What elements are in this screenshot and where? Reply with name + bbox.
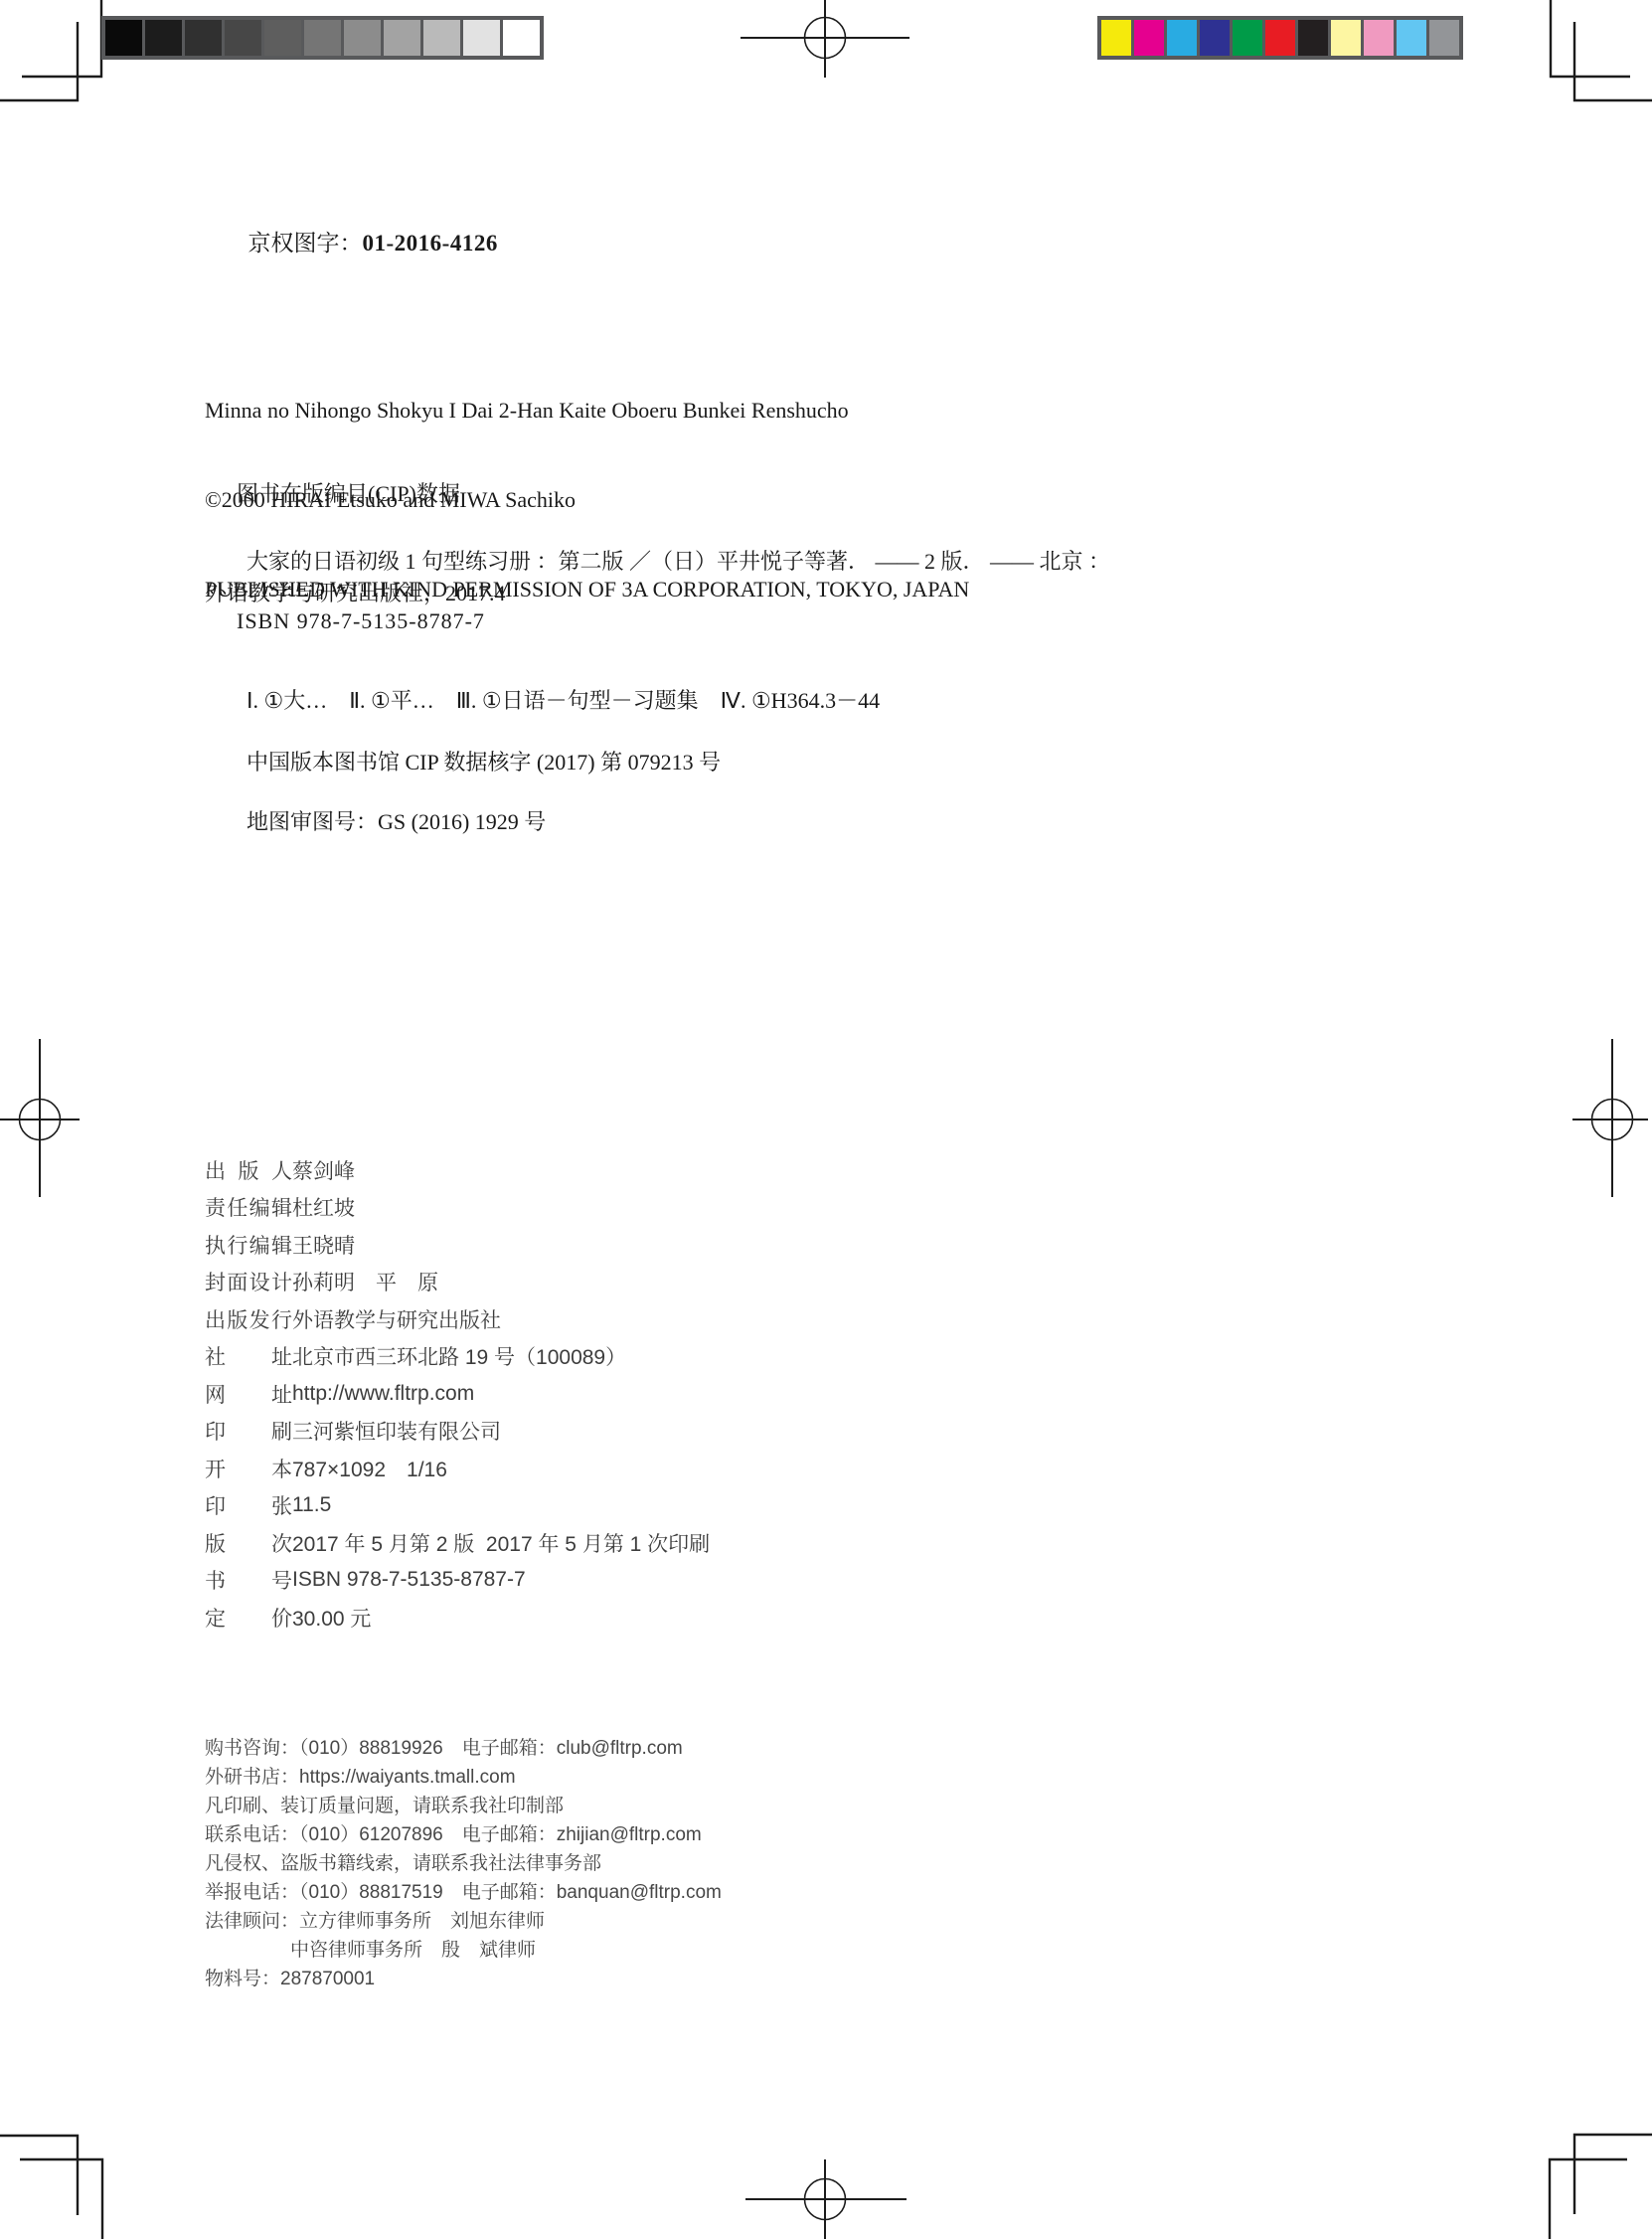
copyright-page: { "print_marks": { "grayscale_bar": { "c… <box>0 0 1652 2239</box>
color-swatch <box>1361 20 1394 56</box>
crop-mark-top-right <box>1551 0 1652 100</box>
color-swatch <box>381 20 420 56</box>
color-swatch <box>1295 20 1328 56</box>
color-calibration-bar <box>1097 16 1463 60</box>
license-number-label: 京权图字： <box>248 231 363 256</box>
color-swatch <box>1101 20 1131 56</box>
color-swatch <box>1164 20 1197 56</box>
colophon-row-price: 定价 30.00 元 <box>205 1599 710 1636</box>
report-phone-line: 举报电话：（010）88817519 电子邮箱：banquan@fltrp.co… <box>205 1878 722 1907</box>
color-swatch <box>261 20 301 56</box>
registration-mark-right-middle <box>1572 1039 1648 1197</box>
registration-mark-left-middle <box>0 1039 80 1197</box>
crop-mark-bottom-right <box>1550 2135 1652 2239</box>
legal-counsel-line-2: 中咨律师事务所 殷 斌律师 <box>205 1936 722 1965</box>
color-swatch <box>105 20 142 56</box>
colophon-row-executive-editor: 执行编辑 王晓晴 <box>205 1226 710 1264</box>
color-swatch <box>1230 20 1262 56</box>
colophon-row-sheets: 印张 11.5 <box>205 1487 710 1525</box>
color-swatch <box>500 20 540 56</box>
colophon-row-printer: 印刷 三河紫恒印装有限公司 <box>205 1413 710 1451</box>
map-license-line: 地图审图号：GS (2016) 1929 号 <box>247 805 546 836</box>
registration-mark-bottom-center <box>745 2159 907 2239</box>
colophon-row-cover-design: 封面设计 孙莉明 平 原 <box>205 1264 710 1301</box>
color-swatch <box>1131 20 1164 56</box>
crop-mark-bottom-left <box>0 2136 102 2239</box>
colophon-row-publisher-person: 出版人 蔡剑峰 <box>205 1151 710 1189</box>
cip-publisher-line: 外语教学与研究出版社，2017.4 <box>205 577 506 607</box>
colophon-row-isbn: 书号 ISBN 978-7-5135-8787-7 <box>205 1562 710 1600</box>
bookstore-line: 外研书店：https://waiyants.tmall.com <box>205 1763 722 1792</box>
color-swatch <box>182 20 222 56</box>
colophon-row-format: 开本 787×1092 1/16 <box>205 1450 710 1487</box>
color-swatch <box>301 20 341 56</box>
footer-contact-block: 购书咨询：（010）88819926 电子邮箱：club@fltrp.com 外… <box>205 1734 722 1993</box>
color-swatch <box>1394 20 1426 56</box>
colophon-list: 出版人 蔡剑峰 责任编辑 杜红坡 执行编辑 王晓晴 封面设计 孙莉明 平 原 出… <box>205 1151 710 1636</box>
color-swatch <box>460 20 500 56</box>
original-title-line: Minna no Nihongo Shokyu I Dai 2-Han Kait… <box>205 396 969 426</box>
contact-phone-line: 联系电话：（010）61207896 电子邮箱：zhijian@fltrp.co… <box>205 1820 722 1849</box>
color-swatch <box>420 20 460 56</box>
license-number-value: 01-2016-4126 <box>363 231 498 256</box>
registration-mark-top-center <box>741 0 909 78</box>
piracy-notice-line: 凡侵权、盗版书籍线索，请联系我社法律事务部 <box>205 1849 722 1878</box>
cip-isbn-line: ISBN 978-7-5135-8787-7 <box>237 608 485 634</box>
cip-title-line: 大家的日语初级 1 句型练习册 ：第二版 ／（日）平井悦子等著． —— 2 版．… <box>247 545 1110 576</box>
color-swatch <box>222 20 261 56</box>
colophon-row-website: 网址 http://www.fltrp.com <box>205 1375 710 1413</box>
color-swatch <box>1262 20 1295 56</box>
color-swatch <box>1426 20 1459 56</box>
colophon-row-managing-editor: 责任编辑 杜红坡 <box>205 1189 710 1227</box>
colophon-row-publisher: 出版发行 外语教学与研究出版社 <box>205 1300 710 1338</box>
cip-record-number-line: 中国版本图书馆 CIP 数据核字 (2017) 第 079213 号 <box>247 746 721 776</box>
cip-heading: 图书在版编目(CIP)数据 <box>237 477 460 508</box>
crop-mark-top-left <box>0 0 101 100</box>
print-quality-line: 凡印刷、装订质量问题，请联系我社印制部 <box>205 1792 722 1820</box>
material-number-line: 物料号：287870001 <box>205 1965 722 1993</box>
purchase-inquiry-line: 购书咨询：（010）88819926 电子邮箱：club@fltrp.com <box>205 1734 722 1763</box>
legal-counsel-line-1: 法律顾问：立方律师事务所 刘旭东律师 <box>205 1907 722 1936</box>
color-swatch <box>142 20 182 56</box>
color-swatch <box>1197 20 1230 56</box>
colophon-row-address: 社址 北京市西三环北路 19 号（100089） <box>205 1338 710 1376</box>
color-swatch <box>341 20 381 56</box>
colophon-row-edition: 版次 2017 年 5 月第 2 版 2017 年 5 月第 1 次印刷 <box>205 1524 710 1562</box>
color-swatch <box>1328 20 1361 56</box>
grayscale-calibration-bar <box>101 16 544 60</box>
cip-classification-line: Ⅰ. ①大… Ⅱ. ①平… Ⅲ. ①日语－句型－习题集 Ⅳ. ①H364.3－4… <box>247 684 880 715</box>
license-number-line: 京权图字：01-2016-4126 <box>237 199 498 258</box>
